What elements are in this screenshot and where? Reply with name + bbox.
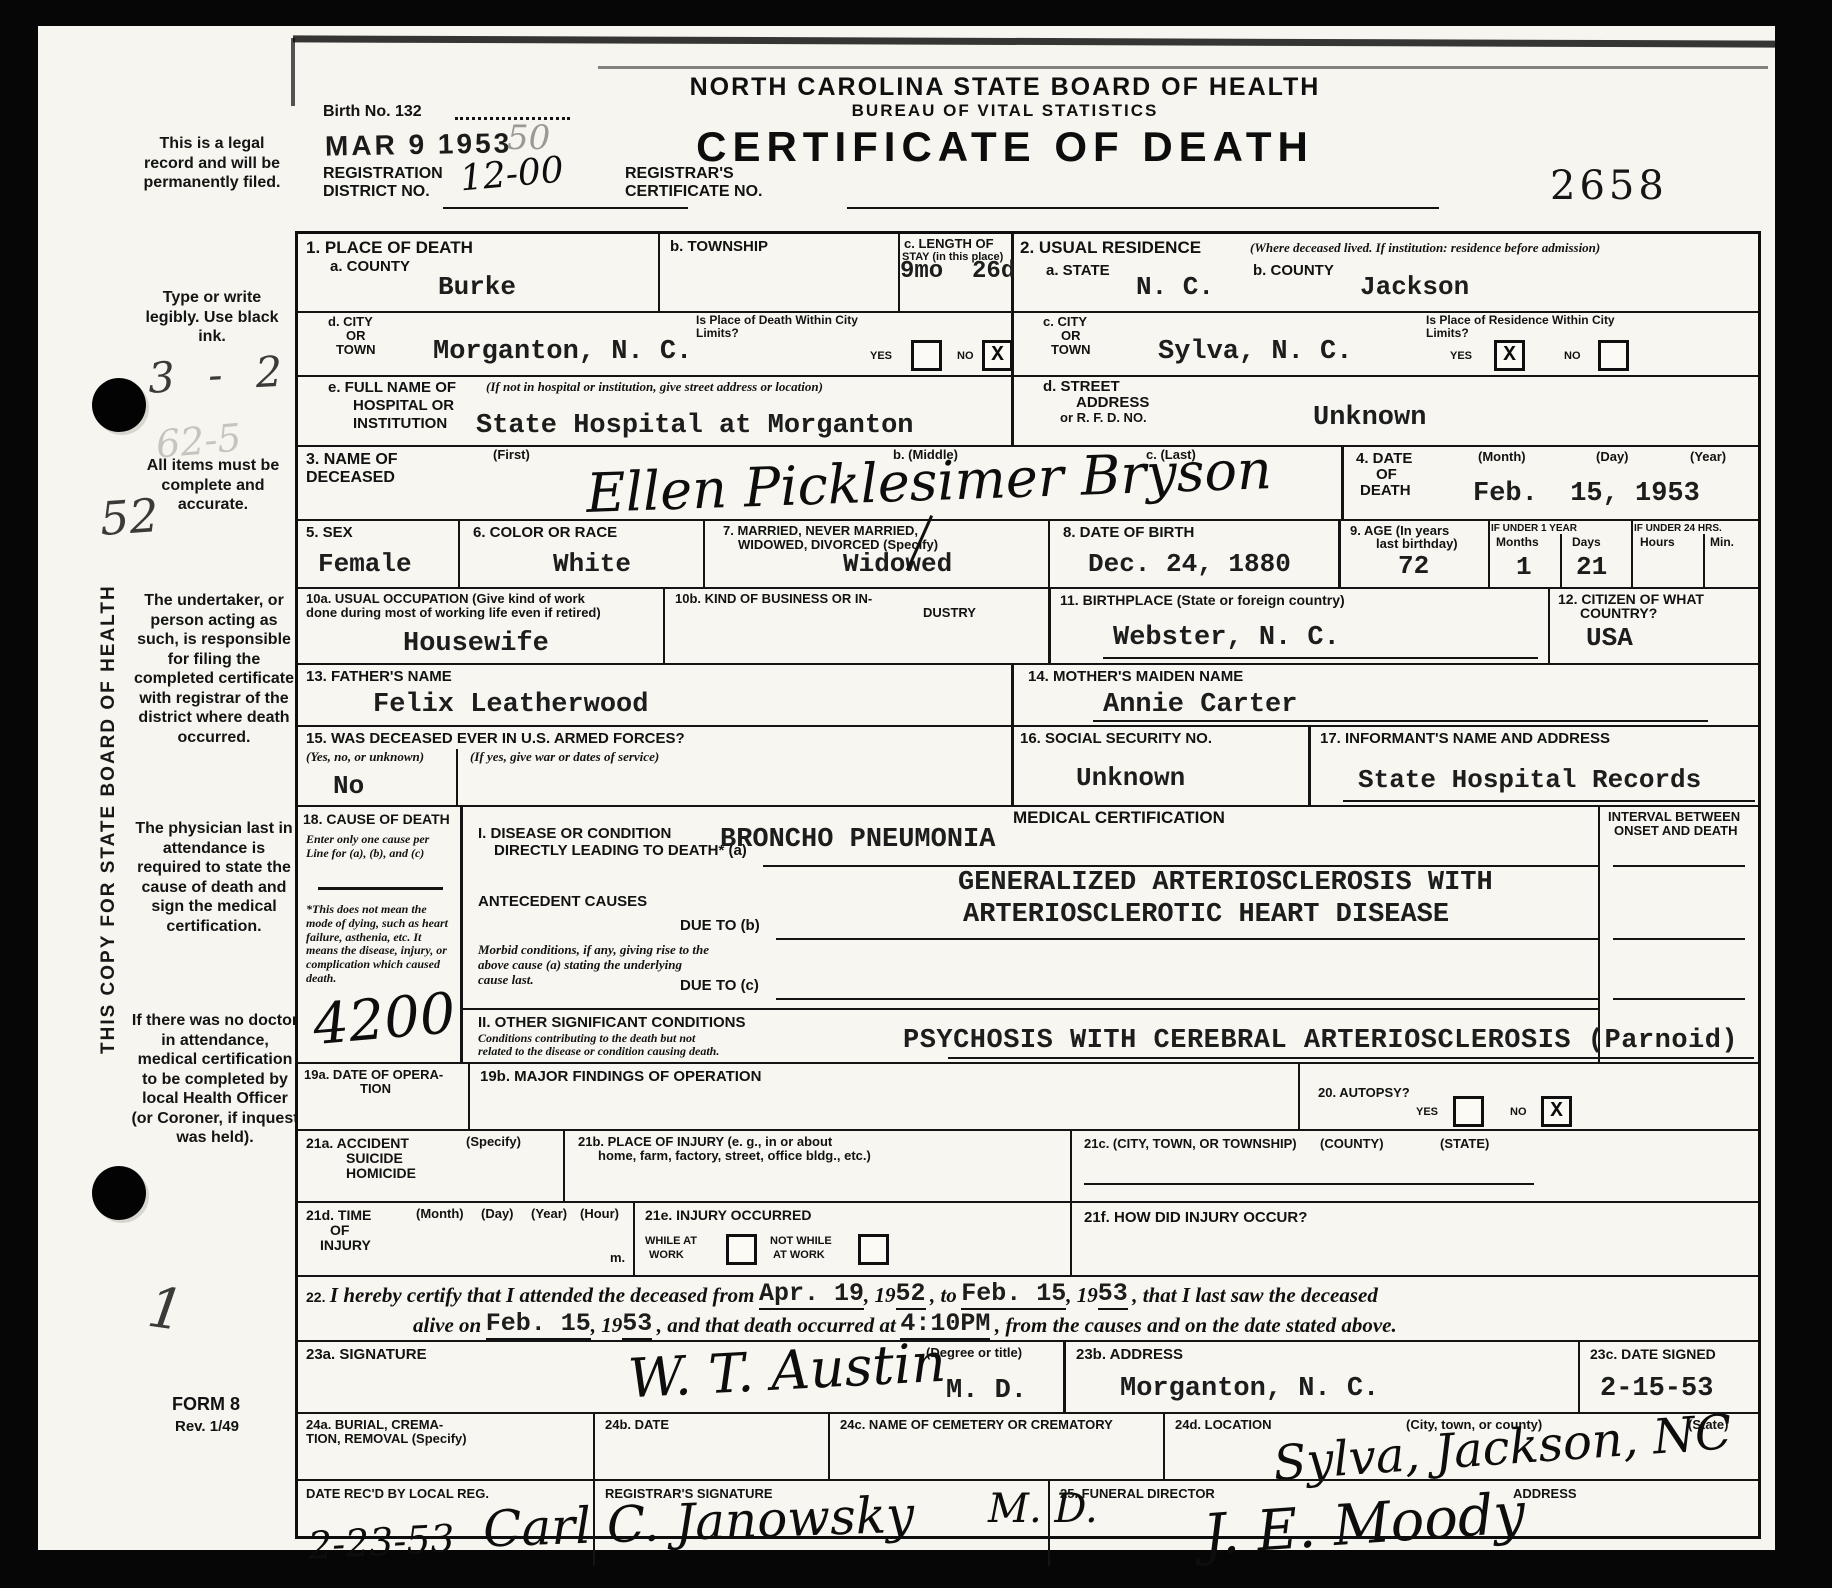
degree-label: (Degree or title) — [926, 1346, 1022, 1361]
divider — [1063, 1342, 1066, 1412]
divider — [1488, 521, 1490, 587]
funeral-address-label: ADDRESS — [1513, 1487, 1577, 1502]
sex-label: 5. SEX — [306, 524, 353, 541]
township-label: b. TOWNSHIP — [670, 238, 768, 255]
place-of-death-label: 1. PLACE OF DEATH — [306, 238, 473, 258]
cause-of-death-label: 18. CAUSE OF DEATH — [303, 811, 450, 827]
interval-line — [1613, 865, 1745, 867]
race-value: White — [553, 551, 631, 577]
divider — [1011, 727, 1014, 805]
residence-city-value: Sylva, N. C. — [1158, 339, 1352, 366]
birth-no-label: Birth No. 132 — [323, 103, 422, 121]
due-to-c-label: DUE TO (c) — [680, 977, 759, 994]
registrar-cert-label2: CERTIFICATE NO. — [625, 183, 762, 201]
punch-hole — [92, 1166, 146, 1220]
armed-forces-note: (Yes, no, or unknown) — [306, 750, 424, 765]
cod-note: Enter only one cause per — [306, 833, 429, 847]
cod-code-handwritten: 4200 — [311, 986, 458, 1054]
other-conditions-label: II. OTHER SIGNIFICANT CONDITIONS — [478, 1014, 746, 1031]
row-burial: 24a. BURIAL, CREMA- TION, REMOVAL (Speci… — [298, 1412, 1758, 1479]
medical-certification-title: MEDICAL CERTIFICATION — [1013, 808, 1225, 828]
divider — [1703, 534, 1705, 587]
dob-value: Dec. 24, 1880 — [1088, 551, 1291, 577]
name-of-deceased-label2: DECEASED — [306, 469, 395, 487]
divider — [658, 234, 660, 311]
residence-limits-yes-checkbox: X — [1494, 340, 1525, 371]
certify-text: , and that death occurred at — [657, 1313, 896, 1337]
divider — [633, 1203, 635, 1275]
homicide-label: HOMICIDE — [346, 1165, 416, 1181]
ssn-value: Unknown — [1076, 765, 1185, 791]
divider — [458, 521, 460, 587]
divider — [1338, 521, 1341, 587]
cemetery-label: 24c. NAME OF CEMETERY OR CREMATORY — [840, 1418, 1113, 1433]
blank-line — [1343, 800, 1755, 802]
divider — [1308, 727, 1311, 805]
other-conditions-note2: related to the disease or condition caus… — [478, 1045, 719, 1059]
burial-date-label: 24b. DATE — [605, 1418, 669, 1433]
hospital-label: e. FULL NAME OF — [328, 379, 456, 396]
months-value: 1 — [1516, 554, 1532, 580]
certificate-scan: This is a legal record and will be perma… — [38, 26, 1775, 1550]
armed-forces-label: 15. WAS DECEASED EVER IN U.S. ARMED FORC… — [306, 730, 685, 747]
divider — [1163, 1414, 1165, 1479]
yes-label: YES — [870, 350, 892, 363]
certify-text: , from the causes and on the date stated… — [995, 1313, 1397, 1337]
registrar-signature: Carl C. Janowsky — [482, 1489, 915, 1554]
birthplace-label: 11. BIRTHPLACE (State or foreign country… — [1060, 592, 1345, 608]
divider — [1048, 521, 1050, 587]
informant-label: 17. INFORMANT'S NAME AND ADDRESS — [1320, 730, 1610, 747]
blank-line — [1084, 1183, 1534, 1185]
time-of-injury-label3: INJURY — [320, 1237, 371, 1253]
suicide-label: SUICIDE — [346, 1150, 403, 1166]
due-to-b-label: DUE TO (b) — [680, 917, 760, 934]
hospital-note: (If not in hospital or institution, give… — [486, 380, 823, 395]
attended-from-value: Apr. 19 — [759, 1279, 864, 1310]
usual-residence-note: (Where deceased lived. If institution: r… — [1250, 241, 1600, 256]
burial-location-handwritten: Sylva, Jackson, NC — [1272, 1408, 1733, 1488]
cod-footnote: *This does not mean the mode of dying, s… — [306, 903, 454, 986]
address-label: 23b. ADDRESS — [1076, 1346, 1183, 1363]
under-1-year-label: IF UNDER 1 YEAR — [1491, 523, 1577, 535]
row-forces-ssn-informant: 15. WAS DECEASED EVER IN U.S. ARMED FORC… — [298, 725, 1758, 805]
injury-state-label: (STATE) — [1440, 1137, 1489, 1152]
row-city: d. CITY OR TOWN Morganton, N. C. Is Plac… — [298, 311, 1758, 375]
pencil-note-1: 1 — [144, 1280, 187, 1340]
certify-text: , 19 — [1066, 1283, 1098, 1307]
yes-label: YES — [1416, 1106, 1438, 1119]
autopsy-yes-checkbox — [1453, 1096, 1484, 1127]
min-label: Min. — [1710, 536, 1734, 550]
business-label: 10b. KIND OF BUSINESS OR IN- — [675, 592, 872, 607]
death-limits-question2: Limits? — [696, 327, 739, 341]
degree-value: M. D. — [946, 1378, 1027, 1405]
bureau-subtitle: BUREAU OF VITAL STATISTICS — [635, 101, 1375, 121]
length-of-stay-label: c. LENGTH OF — [904, 237, 994, 252]
birthplace-value: Webster, N. C. — [1113, 625, 1340, 652]
divider — [468, 1064, 470, 1129]
usual-residence-label: 2. USUAL RESIDENCE — [1020, 238, 1201, 258]
yes-label: YES — [1450, 350, 1472, 363]
while-at-work-label2: WORK — [649, 1249, 684, 1262]
name-of-deceased-label: 3. NAME OF — [306, 451, 398, 469]
divider — [1341, 447, 1344, 519]
months-label: Months — [1496, 536, 1539, 550]
form-number: FORM 8 — [172, 1394, 240, 1415]
row-occupation-birthplace: 10a. USUAL OCCUPATION (Give kind of work… — [298, 587, 1758, 663]
row-medical-certification: 18. CAUSE OF DEATH Enter only one cause … — [298, 805, 1758, 1062]
occupation-value: Housewife — [403, 631, 549, 658]
date-received-value: 2-23-53 — [307, 1519, 455, 1565]
burial-label2: TION, REMOVAL (Specify) — [306, 1432, 467, 1447]
due-b-value1: GENERALIZED ARTERIOSCLEROSIS WITH — [958, 870, 1493, 897]
disease-value: BRONCHO PNEUMONIA — [720, 827, 995, 854]
divider-line — [318, 887, 443, 890]
race-label: 6. COLOR OR RACE — [473, 524, 617, 541]
dod-label3: DEATH — [1360, 482, 1411, 499]
not-while-at-work-label: NOT WHILE — [770, 1235, 832, 1248]
margin-note-type: Type or write legibly. Use black ink. — [136, 288, 288, 347]
certify-text: , to — [930, 1283, 957, 1307]
disease-label2: DIRECTLY LEADING TO DEATH* (a) — [494, 842, 747, 859]
county-label: a. COUNTY — [330, 258, 410, 275]
year-label: (Year) — [1690, 450, 1726, 465]
injury-m-label: m. — [610, 1251, 625, 1266]
last-alive-value: Feb. 15 — [486, 1309, 591, 1340]
mother-value: Annie Carter — [1103, 692, 1297, 719]
attended-to-year: 53 — [1098, 1279, 1128, 1310]
margin-note-physician: The physician last in attendance is requ… — [130, 819, 298, 936]
row-operation-autopsy: 19a. DATE OF OPERA- TION 19b. MAJOR FIND… — [298, 1062, 1758, 1129]
hospital-label2: HOSPITAL OR — [353, 397, 454, 414]
divider — [1578, 1342, 1580, 1412]
first-name-label: (First) — [493, 448, 530, 463]
date-signed-value: 2-15-53 — [1600, 1376, 1713, 1403]
address-value: Morganton, N. C. — [1120, 1376, 1379, 1403]
autopsy-no-checkbox: X — [1541, 1096, 1572, 1127]
divider — [703, 521, 705, 587]
not-while-at-work-checkbox — [858, 1234, 889, 1265]
divider — [1598, 807, 1600, 1062]
certify-text: alive on — [413, 1313, 481, 1337]
ssn-label: 16. SOCIAL SECURITY NO. — [1020, 730, 1212, 747]
residence-county-value: Jackson — [1360, 274, 1469, 300]
state-value: N. C. — [1136, 274, 1214, 300]
divider — [1011, 377, 1014, 445]
date-signed-label: 23c. DATE SIGNED — [1590, 1346, 1716, 1362]
pencil-note-3-2: 3 - 2 — [147, 350, 293, 399]
vertical-stamp: THIS COPY FOR STATE BOARD OF HEALTH — [98, 488, 120, 1054]
physician-signature: W. T. Austin — [627, 1336, 947, 1407]
dod-label2: OF — [1376, 466, 1397, 483]
row-sex-race-age: 5. SEX Female 6. COLOR OR RACE White 7. … — [298, 519, 1758, 587]
occupation-label2: done during most of working life even if… — [306, 606, 601, 621]
hours-label: Hours — [1640, 536, 1675, 550]
blank-line — [1103, 657, 1538, 659]
death-limits-no-checkbox: X — [982, 340, 1013, 371]
row-hospital-street: e. FULL NAME OF (If not in hospital or i… — [298, 375, 1758, 445]
funeral-director-signature: J. E. Moody — [1201, 1486, 1527, 1564]
certificate-number: 2658 — [1550, 163, 1668, 209]
registration-district-label: REGISTRATION — [323, 165, 443, 183]
street-value: Unknown — [1313, 405, 1426, 432]
residence-city-label3: TOWN — [1051, 343, 1090, 358]
blank-line-a — [763, 865, 1598, 867]
armed-forces-note2: (If yes, give war or dates of service) — [470, 750, 659, 765]
board-title: NORTH CAROLINA STATE BOARD OF HEALTH — [635, 73, 1375, 102]
row-signature: 23a. SIGNATURE W. T. Austin (Degree or t… — [298, 1340, 1758, 1412]
divider — [1070, 1203, 1072, 1275]
divider — [1548, 589, 1550, 663]
how-injury-label: 21f. HOW DID INJURY OCCUR? — [1084, 1209, 1307, 1226]
row-registrar: DATE REC'D BY LOCAL REG. 2-23-53 REGISTR… — [298, 1479, 1758, 1566]
form-revision: Rev. 1/49 — [175, 1418, 239, 1435]
citizen-label2: COUNTRY? — [1580, 605, 1657, 621]
divider — [1070, 1131, 1072, 1201]
attended-from-year: 52 — [896, 1279, 926, 1310]
divider — [593, 1414, 595, 1479]
mother-label: 14. MOTHER'S MAIDEN NAME — [1028, 668, 1243, 685]
margin-note-legal: This is a legal record and will be perma… — [136, 134, 288, 193]
form-table: 1. PLACE OF DEATH a. COUNTY Burke b. TOW… — [295, 231, 1761, 1539]
row-name-dod: 3. NAME OF DECEASED (First) b. (Middle) … — [298, 445, 1758, 519]
row-time-injury: 21d. TIME OF INJURY (Month) (Day) (Year)… — [298, 1201, 1758, 1275]
dod-label: 4. DATE — [1356, 450, 1412, 467]
injury-day-label: (Day) — [481, 1207, 514, 1222]
hospital-label3: INSTITUTION — [353, 415, 447, 432]
age-value: 72 — [1398, 553, 1429, 579]
blank-line-b — [776, 938, 1598, 940]
father-value: Felix Leatherwood — [373, 692, 648, 719]
blank-line — [847, 207, 1439, 209]
city-value: Morganton, N. C. — [433, 339, 692, 366]
no-label: NO — [1564, 350, 1581, 363]
injury-year-label: (Year) — [531, 1207, 567, 1222]
operation-findings-label: 19b. MAJOR FINDINGS OF OPERATION — [480, 1068, 761, 1085]
day-label: (Day) — [1596, 450, 1629, 465]
dod-value: Feb. 15, 1953 — [1473, 481, 1700, 508]
specify-label: (Specify) — [466, 1135, 521, 1150]
place-of-injury-label2: home, farm, factory, street, office bldg… — [598, 1149, 871, 1164]
certify-text: , that I last saw the deceased — [1132, 1283, 1378, 1307]
pencil-stamp-note: 50 — [507, 121, 550, 155]
days-value: 21 — [1576, 554, 1607, 580]
street-label3: or R. F. D. NO. — [1060, 411, 1147, 426]
registration-district-value: 12-00 — [459, 153, 566, 198]
blank-line — [1093, 720, 1708, 722]
injury-hour-label: (Hour) — [580, 1207, 619, 1222]
blank-line — [443, 207, 688, 209]
signature-label: 23a. SIGNATURE — [306, 1346, 427, 1363]
row-parents: 13. FATHER'S NAME Felix Leatherwood 14. … — [298, 663, 1758, 725]
margin-note-no-doctor: If there was no doctor in attendance, me… — [130, 1011, 300, 1148]
punch-hole — [92, 378, 146, 432]
antecedent-note: Morbid conditions, if any, giving rise t… — [478, 943, 713, 988]
residence-county-label: b. COUNTY — [1253, 262, 1334, 279]
state-label: a. STATE — [1046, 262, 1110, 279]
time-of-injury-label: 21d. TIME — [306, 1207, 371, 1223]
length-of-stay-value: 9mo 26d — [900, 260, 1015, 284]
injury-month-label: (Month) — [416, 1207, 464, 1222]
divider — [663, 589, 665, 663]
funeral-director-label: 25. FUNERAL DIRECTOR — [1060, 1487, 1215, 1502]
dob-label: 8. DATE OF BIRTH — [1063, 524, 1194, 541]
certify-text: I hereby certify that I attended the dec… — [330, 1283, 755, 1307]
while-at-work-checkbox — [726, 1234, 757, 1265]
residence-limits-question2: Limits? — [1426, 327, 1469, 341]
item-22: 22. — [306, 1289, 325, 1305]
residence-limits-no-checkbox — [1598, 340, 1629, 371]
divider — [563, 1131, 565, 1201]
row-accident-place-injury: 21a. ACCIDENT SUICIDE HOMICIDE (Specify)… — [298, 1129, 1758, 1201]
time-of-injury-label2: OF — [330, 1222, 349, 1238]
citizen-value: USA — [1586, 625, 1633, 651]
armed-forces-value: No — [333, 773, 364, 799]
month-label: (Month) — [1478, 450, 1526, 465]
no-label: NO — [1510, 1106, 1527, 1119]
blank-line — [948, 1057, 1754, 1059]
attended-to-value: Feb. 15 — [961, 1279, 1066, 1310]
not-while-at-work-label2: AT WORK — [773, 1249, 825, 1262]
death-limits-yes-checkbox — [911, 340, 942, 371]
divider — [1631, 521, 1633, 587]
deceased-name-signature: Ellen Picklesimer Bryson — [585, 443, 1272, 521]
operation-date-label2: TION — [360, 1082, 391, 1097]
interval-label2: ONSET AND DEATH — [1614, 824, 1738, 839]
location-label: 24d. LOCATION — [1175, 1418, 1272, 1433]
antecedent-label: ANTECEDENT CAUSES — [478, 893, 647, 910]
city-label3: TOWN — [336, 343, 375, 358]
street-label2: ADDRESS — [1076, 394, 1149, 411]
street-label: d. STREET — [1043, 378, 1120, 395]
other-conditions-value: PSYCHOSIS WITH CEREBRAL ARTERIOSCLEROSIS… — [903, 1028, 1738, 1055]
sex-value: Female — [318, 551, 412, 577]
injury-city-label: 21c. (CITY, TOWN, OR TOWNSHIP) — [1084, 1137, 1297, 1152]
no-label: NO — [957, 350, 974, 363]
divider — [456, 749, 458, 805]
document-title: CERTIFICATE OF DEATH — [635, 123, 1375, 171]
scan-artifact — [293, 35, 1775, 47]
informant-value: State Hospital Records — [1358, 767, 1701, 793]
divider — [1298, 1064, 1300, 1129]
divider — [1560, 534, 1562, 587]
margin-note-undertaker: The undertaker, or person acting as such… — [130, 591, 298, 747]
cod-note2: Line for (a), (b), and (c) — [306, 847, 424, 861]
injury-occurred-label: 21e. INJURY OCCURRED — [645, 1207, 812, 1223]
divider — [828, 1414, 830, 1479]
while-at-work-label: WHILE AT — [645, 1235, 697, 1248]
divider — [460, 807, 463, 1062]
date-received-label: DATE REC'D BY LOCAL REG. — [306, 1487, 489, 1502]
certify-text: , 19 — [864, 1283, 896, 1307]
registration-district-label2: DISTRICT NO. — [323, 183, 430, 201]
injury-county-label: (COUNTY) — [1320, 1137, 1384, 1152]
under-24-hrs-label: IF UNDER 24 HRS. — [1634, 523, 1722, 535]
father-label: 13. FATHER'S NAME — [306, 668, 452, 685]
row-place-residence: 1. PLACE OF DEATH a. COUNTY Burke b. TOW… — [298, 234, 1758, 311]
certificate-form: Birth No. 132 MAR 9 1953 50 REGISTRATION… — [295, 53, 1760, 1563]
business-label2: DUSTRY — [923, 606, 976, 621]
divider — [1048, 589, 1051, 663]
certify-text: , 19 — [591, 1313, 623, 1337]
county-value: Burke — [438, 274, 516, 300]
marital-value: Widowed — [843, 551, 952, 577]
interval-line — [1613, 938, 1745, 940]
days-label: Days — [1572, 536, 1601, 550]
last-alive-year: 53 — [622, 1309, 652, 1340]
certify-line1: 22. I hereby certify that I attended the… — [306, 1281, 1378, 1310]
disease-label: I. DISEASE OR CONDITION — [478, 825, 671, 842]
hospital-value: State Hospital at Morganton — [476, 413, 913, 440]
interval-line — [1613, 998, 1745, 1000]
age-label2: last birthday) — [1376, 537, 1458, 552]
section-divider — [460, 1008, 1598, 1010]
due-b-value2: ARTERIOSCLEROTIC HEART DISEASE — [963, 902, 1449, 929]
blank-line-c — [776, 998, 1598, 1000]
row-certify: 22. I hereby certify that I attended the… — [298, 1275, 1758, 1340]
autopsy-label: 20. AUTOPSY? — [1318, 1086, 1410, 1101]
accident-label: 21a. ACCIDENT — [306, 1135, 409, 1151]
divider — [1011, 665, 1014, 725]
